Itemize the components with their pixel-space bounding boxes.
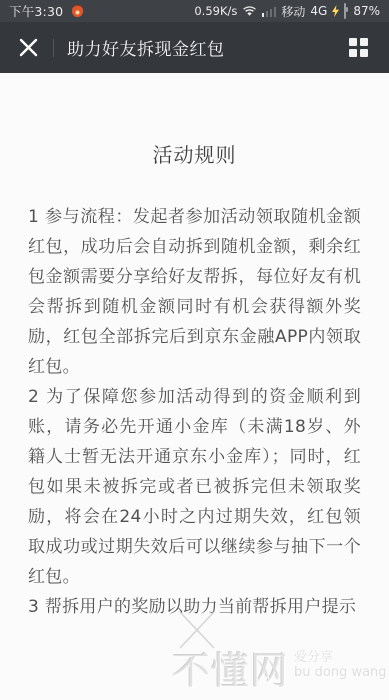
- clock: 下午3:30: [9, 2, 63, 20]
- wifi-icon: [242, 5, 257, 17]
- page-nav-title: 助力好友拆现金红包: [67, 35, 225, 60]
- cell-signal-icon: [262, 6, 276, 17]
- charging-bolt-icon: [332, 5, 339, 17]
- watermark-site-name: 不懂网: [172, 640, 289, 695]
- rule-paragraph-3: 3 帮拆用户的奖励以助力当前帮拆用户提示: [28, 592, 361, 622]
- grid-menu-icon[interactable]: [349, 38, 368, 57]
- watermark-side: 爱分享 bu dong wang: [294, 650, 387, 680]
- network-speed: 0.59K/s: [194, 4, 237, 18]
- watermark-tagline: 爱分享: [294, 650, 387, 665]
- phone-screen: 下午3:30 0.59K/s 移动 4G 87%: [0, 0, 389, 700]
- battery-percent: 87%: [353, 4, 380, 18]
- nav-bar: 助力好友拆现金红包: [0, 22, 389, 73]
- status-bar: 下午3:30 0.59K/s 移动 4G 87%: [0, 0, 389, 22]
- close-icon[interactable]: [0, 38, 38, 57]
- network-type-label: 4G: [310, 4, 327, 18]
- app-notification-icon: [72, 5, 83, 17]
- page-title: 活动规则: [0, 144, 389, 166]
- watermark-pinyin: bu dong wang: [294, 665, 387, 680]
- rule-paragraph-1: 1 参与流程：发起者参加活动领取随机金额红包，成功后会自动拆到随机金额，剩余红包…: [28, 202, 361, 382]
- carrier-label: 移动: [281, 3, 305, 20]
- rules-text: 1 参与流程：发起者参加活动领取随机金额红包，成功后会自动拆到随机金额，剩余红包…: [0, 202, 389, 622]
- nav-divider: [53, 39, 54, 57]
- battery-icon: [344, 4, 346, 18]
- rule-paragraph-2: 2 为了保障您参加活动得到的资金顺利到账，请务必先开通小金库（未满18岁、外籍人…: [28, 382, 361, 592]
